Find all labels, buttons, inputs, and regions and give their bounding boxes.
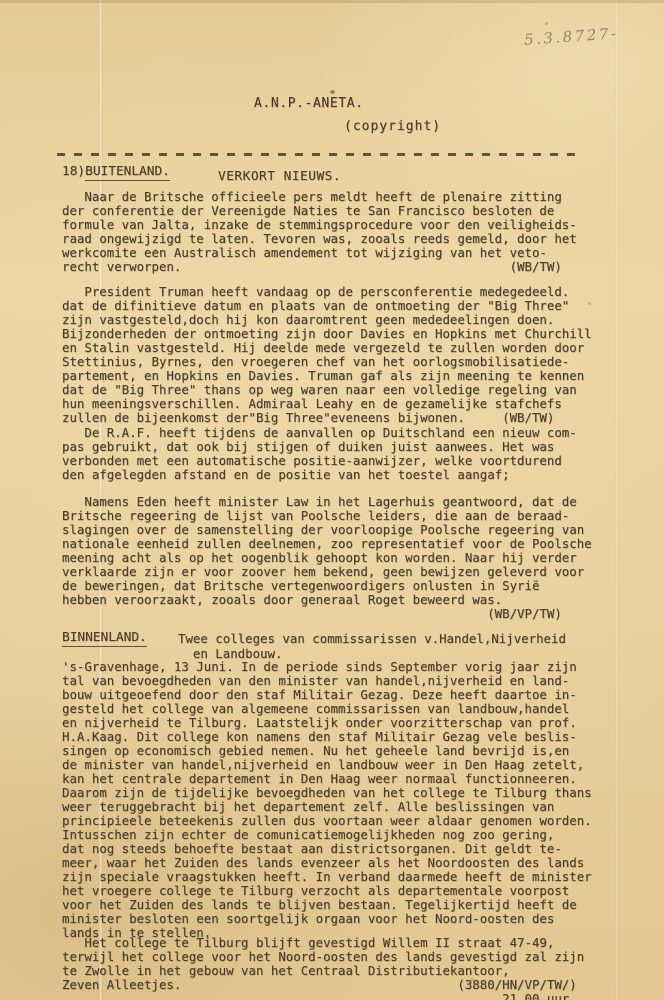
agency-title: A.N.P.-ANETA. [254,96,364,111]
news-paragraph-colleges-commissarissen: 's-Gravenhage, 13 Juni. In de periode si… [62,660,592,940]
paper-speck [545,22,548,25]
scanned-document-page: 5.3.8727- A.N.P.-ANETA. (copyright) 18)B… [0,0,664,1000]
binnenland-section-header: BINNENLAND. [62,630,147,645]
news-paragraph-raf-compass: De R.A.F. heeft tijdens de aanvallen op … [62,426,577,482]
paper-fold-crease-right [615,0,619,1000]
news-paragraph-eden-law: Namens Eden heeft minister Law in het La… [62,495,592,621]
news-paragraph-truman-big-three: President Truman heeft vandaag op de per… [62,285,592,425]
buitenland-section-header: 18)BUITENLAND. [62,164,170,179]
news-paragraph-tilburg-zwolle: Het college te Tilburg blijft gevestigd … [62,936,584,1000]
section-number: 18) [62,164,85,179]
news-paragraph-san-francisco: Naar de Britsche officieele pers meldt h… [62,190,577,274]
typed-divider [57,153,584,156]
binnenland-article-title: Twee colleges van commissarissen v.Hande… [178,631,566,661]
section-heading-verkort-nieuws: VERKORT NIEUWS. [218,169,341,184]
paper-speck [330,90,335,94]
section-label-buitenland: BUITENLAND. [85,164,170,181]
handwritten-archive-number: 5.3.8727- [524,21,664,49]
paper-top-edge [0,0,664,3]
section-label-binnenland: BINNENLAND. [62,630,147,647]
copyright-line: (copyright) [344,119,441,134]
